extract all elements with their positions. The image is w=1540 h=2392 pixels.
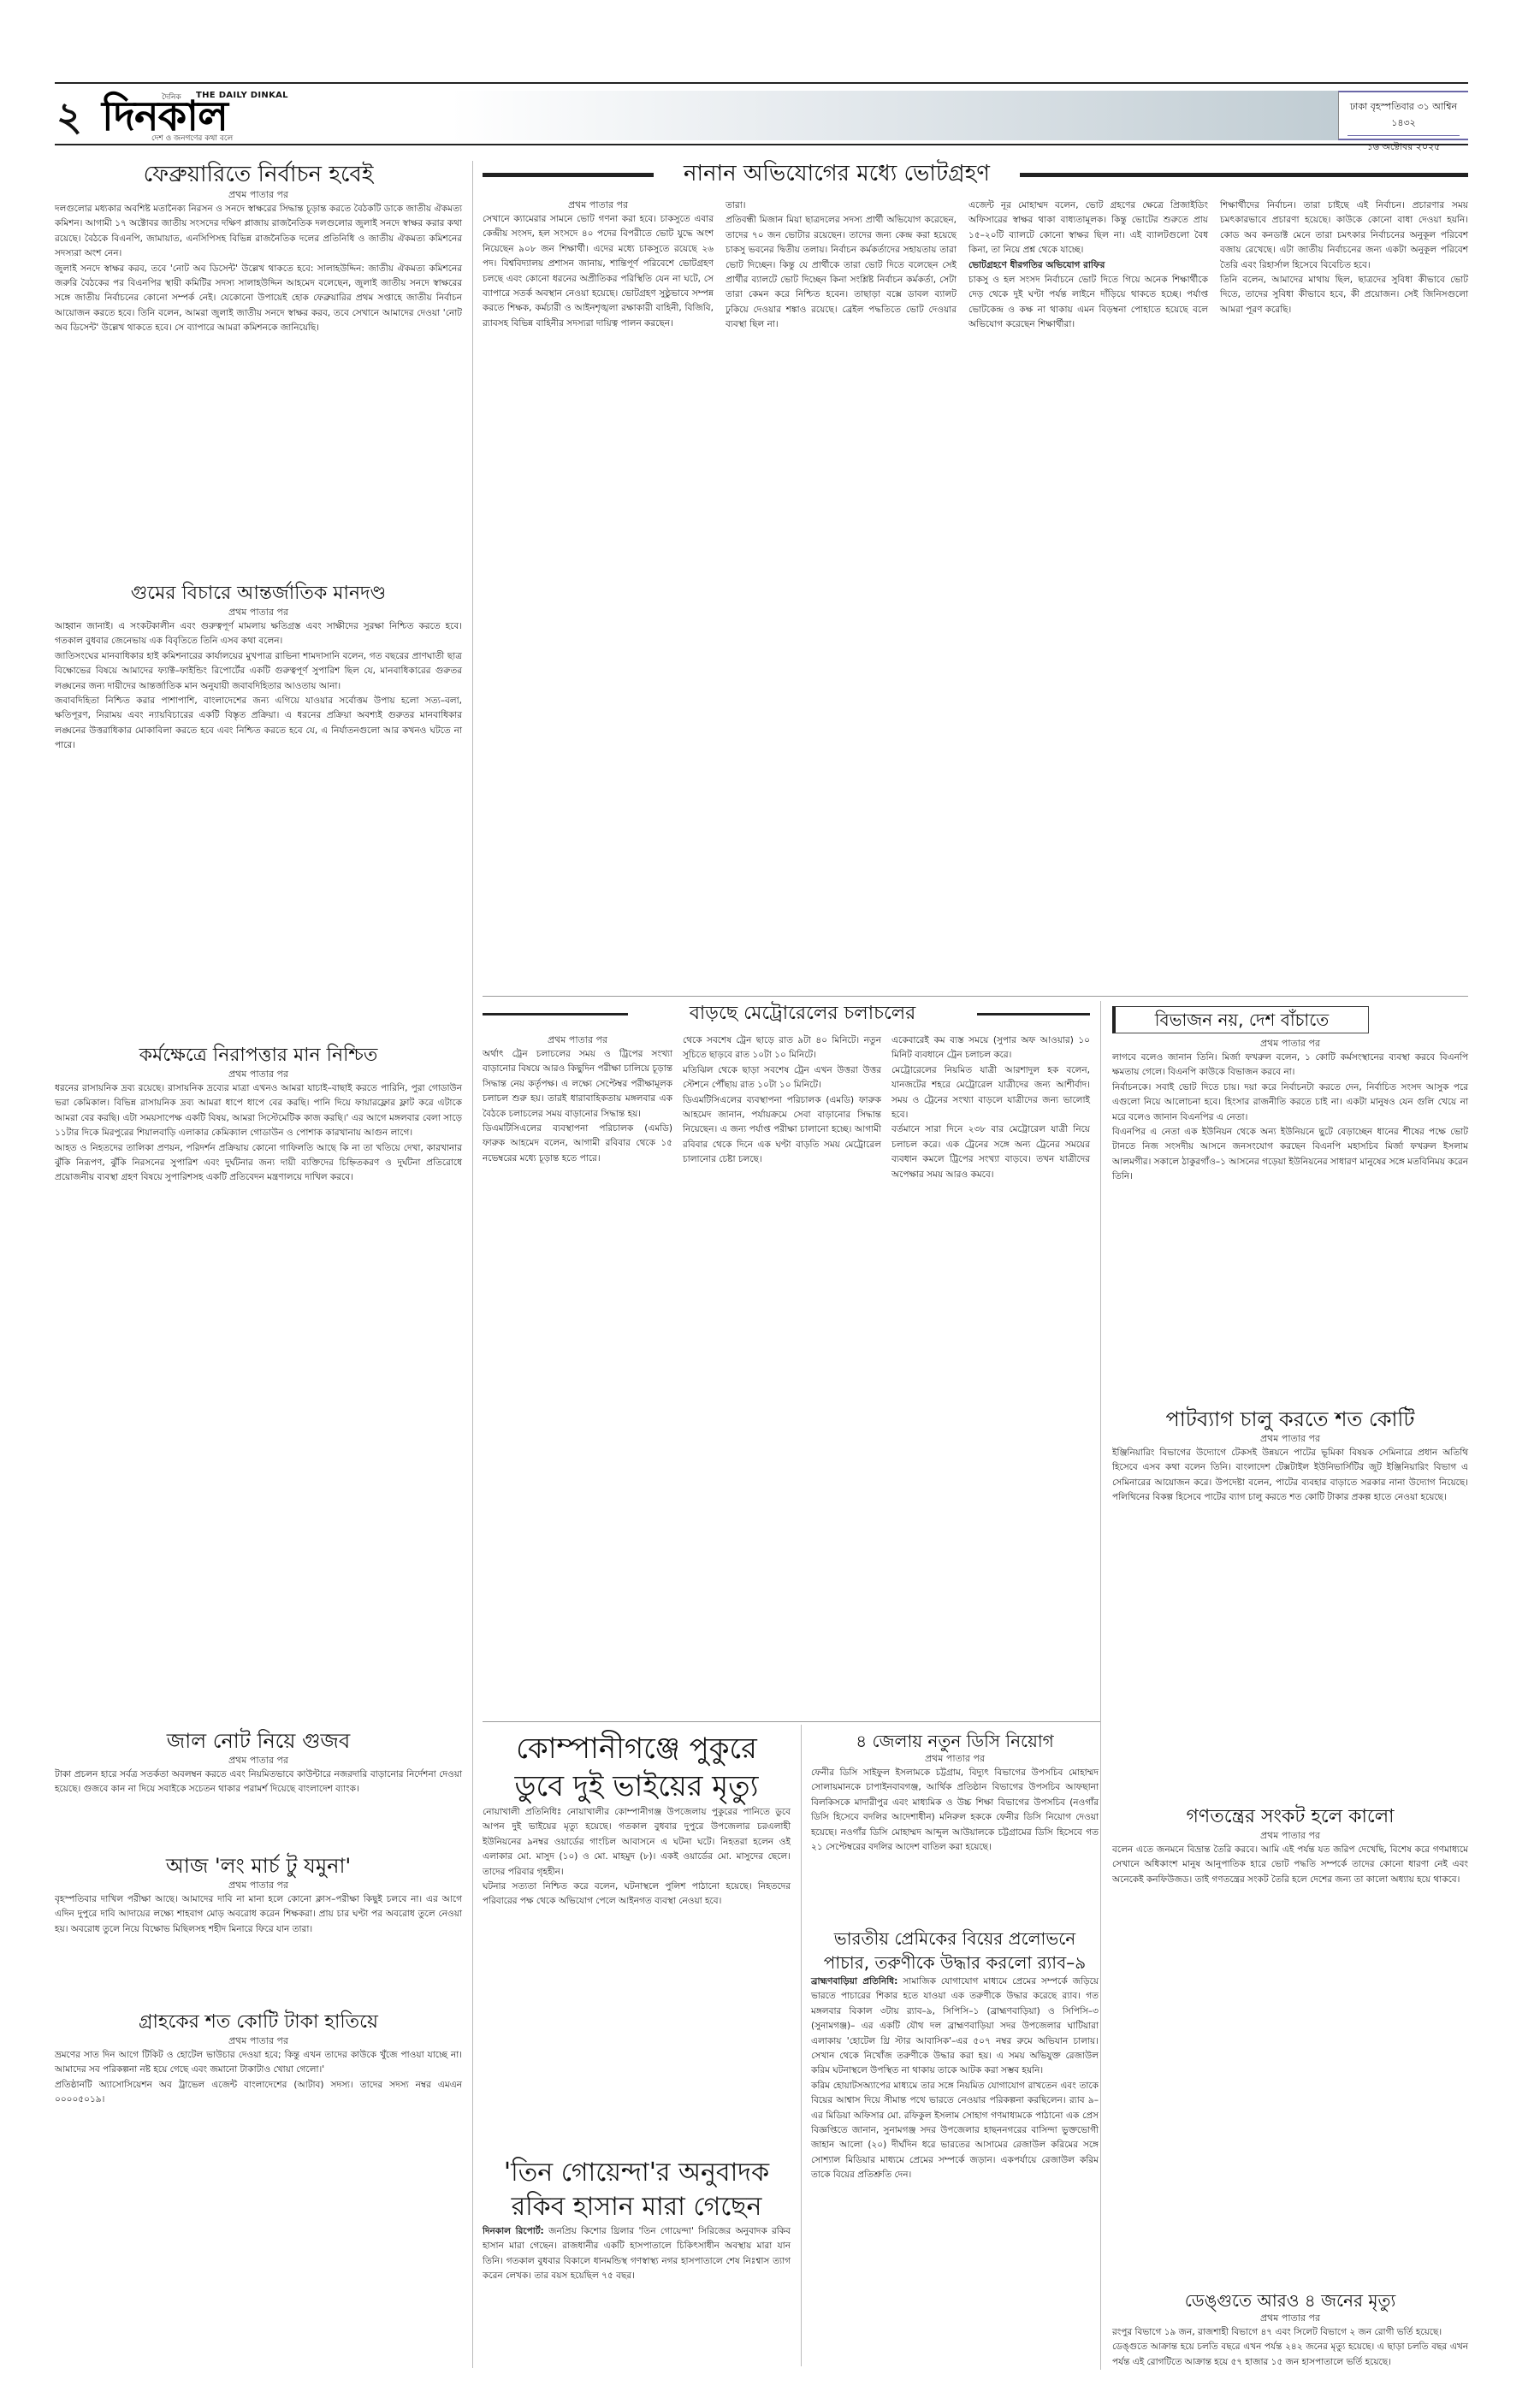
headline-metro-rail: বাড়ছে মেট্রোরেলের চলাচলের	[631, 1001, 974, 1027]
paragraph: ব্রাহ্মণবাড়িয়া প্রতিনিধি: সামাজিক যোগা…	[811, 1975, 1099, 2079]
headline-dc-appointment: ৪ জেলায় নতুন ডিসি নিয়োগ	[811, 1730, 1099, 1752]
paragraph: বৃহস্পতিবার দাখিল পরীক্ষা আছে। আমাদের দা…	[55, 1892, 462, 1937]
article-divide-not: প্রথম পাতার পর লাগবে বলেও জানান তিনি। মি…	[1112, 1037, 1468, 1185]
paragraph: শিক্ষার্থীদের নির্বাচন। তারা চাইছে এই নি…	[1220, 198, 1468, 273]
headline-fake-notes: জাল নোট নিয়ে গুজব	[55, 1728, 462, 1754]
paragraph: প্রতিবন্ধী মিজান মিয়া ছাত্রদলের সদস্য প…	[726, 213, 957, 332]
kicker: প্রথম পাতার পর	[1112, 1432, 1468, 1446]
article-long-march: আজ 'লং মার্চ টু যমুনা' প্রথম পাতার পর বৃ…	[55, 1853, 462, 1937]
headline-box: বিভাজন নয়, দেশ বাঁচাতে	[1112, 1006, 1369, 1033]
kicker: প্রথম পাতার পর	[55, 188, 462, 202]
paragraph: বিএনপির এ নেতা এক ইউনিয়ন থেকে অন্য ইউনি…	[1112, 1125, 1468, 1185]
paragraph: ঘটনার সত্যতা নিশ্চিত করে বলেন, ঘটনাস্থলে…	[483, 1880, 791, 1909]
paragraph: বর্তমানে সারা দিনে ২৩৮ বার মেট্রোরেল যাত…	[891, 1122, 1090, 1182]
paragraph: ডিএমটিসিএলের ব্যবস্থাপনা পরিচালক (এমডি) …	[483, 1122, 672, 1166]
paragraph: দিনকাল রিপোর্ট: জনপ্রিয় কিশোর থ্রিলার '…	[483, 2224, 791, 2284]
kicker: প্রথম পাতার পর	[55, 606, 462, 619]
kicker: প্রথম পাতার পর	[55, 2034, 462, 2048]
paragraph: মেট্রোরেলের নিয়মিত যাত্রী আরশাদুল হক বল…	[891, 1063, 1090, 1123]
paragraph: টাকা প্রচলন হারে সর্বত্র সতর্কতা অবলম্বন…	[55, 1767, 462, 1797]
headline-translator-line2: রকিব হাসান মারা গেছেন	[483, 2190, 791, 2224]
page-number: ২	[56, 94, 82, 139]
article-voting-col4: শিক্ষার্থীদের নির্বাচন। তারা চাইছে এই নি…	[1220, 198, 1468, 317]
headline-divide-not: বিভাজন নয়, দেশ বাঁচাতে	[1116, 1007, 1368, 1033]
article-metro-col3: একেবারেই কম ব্যস্ত সময়ে (সুপার অফ আওয়া…	[891, 1033, 1090, 1182]
article-voting-col2: তারা। প্রতিবন্ধী মিজান মিয়া ছাত্রদলের স…	[726, 198, 957, 333]
subheading: ভোটগ্রহণে ধীরগতির অভিযোগ রাফির	[968, 258, 1208, 273]
date-box: ঢাকা বৃহস্পতিবার ৩১ আশ্বিন ১৪৩২ ১৬ অক্টো…	[1338, 91, 1468, 140]
paragraph: চাকসু ও হল সংসদ নির্বাচনে ভোট দিতে গিয়ে…	[968, 273, 1208, 333]
date-bangla: ঢাকা বৃহস্পতিবার ৩১ আশ্বিন ১৪৩২	[1347, 92, 1460, 136]
paragraph: আহ্বান জানাই। এ সংকটকালীন এবং গুরুত্বপূর…	[55, 619, 462, 649]
paragraph: ডেঙ্গুতে আক্রান্ত হয়ে চলতি বছরে এখন পর্…	[1112, 2340, 1468, 2370]
article-intl-standard: গুমের বিচারে আন্তর্জাতিক মানদণ্ড প্রথম প…	[55, 582, 462, 754]
article-democracy-crisis: গণতন্ত্রের সংকট হলে কালো প্রথম পাতার পর …	[1112, 1805, 1468, 1887]
article-translator-death: 'তিন গোয়েন্দা'র অনুবাদক রকিব হাসান মারা…	[483, 2156, 791, 2284]
paragraph: তিনি বলেন, আমাদের মাথায় ছিল, ছাত্রদের স…	[1220, 273, 1468, 317]
paragraph: তারা।	[726, 198, 957, 213]
article-voting-col1: প্রথম পাতার পর সেখানে ক্যামেরার সামনে ভো…	[483, 198, 714, 331]
paragraph: প্রতিষ্ঠানটি অ্যাসোসিয়েশন অব ট্রাভেল এজ…	[55, 2078, 462, 2108]
article-metro-col2: থেকে সবশেষ ট্রেন ছাড়ে রাত ৯টা ৪০ মিনিটে…	[683, 1033, 881, 1168]
logo-name: দিনকাল	[102, 96, 228, 137]
kicker: প্রথম পাতার পর	[1112, 1829, 1468, 1843]
masthead: ২ দৈনিক THE DAILY DINKAL দিনকাল দেশ ও জন…	[55, 82, 1468, 145]
headline-rab-line2: পাচার, তরুণীকে উদ্ধার করলো র‍্যাব–৯	[811, 1951, 1099, 1975]
paragraph: ধরনের রাসায়নিক দ্রব্য রয়েছে। রাসায়নিক…	[55, 1081, 462, 1141]
headline-long-march: আজ 'লং মার্চ টু যমুনা'	[55, 1853, 462, 1879]
paragraph: থেকে সবশেষ ট্রেন ছাড়ে রাত ৯টা ৪০ মিনিটে…	[683, 1033, 881, 1063]
headline-february-election: ফেব্রুয়ারিতে নির্বাচন হবেই	[55, 161, 462, 188]
paragraph: নোয়াখালী প্রতিনিধিঃ নোয়াখালীর কোম্পানী…	[483, 1805, 791, 1880]
headline-customer-money: গ্রাহকের শত কোটি টাকা হাতিয়ে	[55, 2010, 462, 2034]
headline-jute-bag: পাটব্যাগ চালু করতে শত কোটি	[1112, 1406, 1468, 1432]
newspaper-logo[interactable]: দৈনিক THE DAILY DINKAL দিনকাল দেশ ও জনগণ…	[102, 89, 367, 142]
logo-tagline: দেশ ও জনগণের কথা বলে	[151, 132, 233, 145]
headline-pond-death-line2: ডুবে দুই ভাইয়ের মৃত্যু	[483, 1767, 791, 1805]
kicker: প্রথম পাতার পর	[55, 1068, 462, 1081]
paragraph: সেখানে ক্যামেরার সামনে ভোট গণনা করা হবে।…	[483, 212, 714, 331]
paragraph: নির্বাচনকে। সবাই ভোট দিতে চায়। দয়া করে…	[1112, 1081, 1468, 1125]
headline-voting: নানান অভিযোগের মধ্যে ভোটগ্রহণ	[657, 159, 1016, 188]
article-february-election: ফেব্রুয়ারিতে নির্বাচন হবেই প্রথম পাতার …	[55, 161, 462, 336]
article-metro-col1: প্রথম পাতার পর অর্থাৎ ট্রেন চলাচলের সময়…	[483, 1033, 672, 1166]
headline-rule	[1020, 173, 1468, 177]
byline: ব্রাহ্মণবাড়িয়া প্রতিনিধি:	[811, 1976, 897, 1986]
article-workplace-safety: কর্মক্ষেত্রে নিরাপত্তার মান নিশ্চিত প্রথ…	[55, 1044, 462, 1186]
date-english: ১৬ অক্টোবর ২০২৫	[1339, 136, 1468, 156]
article-customer-money: গ্রাহকের শত কোটি টাকা হাতিয়ে প্রথম পাতা…	[55, 2010, 462, 2108]
paragraph: জুলাই সনদে স্বাক্ষর করব, তবে 'নোট অব ডিস…	[55, 262, 462, 336]
paragraph: করিম হোয়াটসঅ্যাপের মাধ্যমে তার সঙ্গে নি…	[811, 2079, 1099, 2183]
kicker: প্রথম পাতার পর	[1112, 1037, 1468, 1051]
headline-democracy-crisis: গণতন্ত্রের সংকট হলে কালো	[1112, 1805, 1468, 1829]
column-divider	[472, 161, 473, 2368]
article-dengue: ডেঙ্গুতে আরও ৪ জনের মৃত্যু প্রথম পাতার প…	[1112, 2289, 1468, 2370]
paragraph: জাতিসংঘের মানবাধিকার হাই কমিশনারের কার্য…	[55, 649, 462, 694]
headline-translator-line1: 'তিন গোয়েন্দা'র অনুবাদক	[483, 2156, 791, 2190]
paragraph: অর্থাৎ ট্রেন চলাচলের সময় ও ট্রিপের সংখ্…	[483, 1047, 672, 1122]
byline: দিনকাল রিপোর্ট:	[483, 2226, 544, 2236]
article-dc-appointment: ৪ জেলায় নতুন ডিসি নিয়োগ প্রথম পাতার পর…	[811, 1730, 1099, 1855]
headline-rab-line1: ভারতীয় প্রেমিকের বিয়ের প্রলোভনে	[811, 1927, 1099, 1951]
kicker: প্রথম পাতার পর	[811, 1752, 1099, 1766]
headline-rule	[483, 1013, 628, 1015]
headline-dengue: ডেঙ্গুতে আরও ৪ জনের মৃত্যু	[1112, 2289, 1468, 2312]
column-divider	[1100, 1001, 1101, 2370]
paragraph: ডিএমটিসিএলের ব্যবস্থাপনা পরিচালক (এমডি) …	[683, 1093, 881, 1168]
kicker: প্রথম পাতার পর	[55, 1879, 462, 1892]
article-fake-notes: জাল নোট নিয়ে গুজব প্রথম পাতার পর টাকা প…	[55, 1728, 462, 1797]
paragraph: এজেন্ট নূর মোহাম্মদ বলেন, ভোট গ্রহণের ক্…	[968, 198, 1208, 258]
paragraph: ইঞ্জিনিয়ারিং বিভাগের উদ্যোগে টেকসই উন্ন…	[1112, 1446, 1468, 1506]
article-voting-col3: এজেন্ট নূর মোহাম্মদ বলেন, ভোট গ্রহণের ক্…	[968, 198, 1208, 333]
article-rab-rescue: ভারতীয় প্রেমিকের বিয়ের প্রলোভনে পাচার,…	[811, 1927, 1099, 2183]
paragraph: ফেনীর ডিসি সাইফুল ইসলামকে চট্টগ্রাম, বিদ…	[811, 1766, 1099, 1855]
paragraph: মতিঝিল থেকে ছাড়া সবশেষ ট্রেন এখন উত্তরা…	[683, 1063, 881, 1093]
paragraph: জবাবদিহিতা নিশ্চিত করার পাশাপাশি, বাংলাদ…	[55, 694, 462, 754]
kicker: প্রথম পাতার পর	[483, 1033, 672, 1047]
kicker: প্রথম পাতার পর	[1112, 2312, 1468, 2325]
headline-rule	[977, 1013, 1090, 1015]
paragraph: আহত ও নিহতদের তালিকা প্রণয়ন, পরিদর্শন প…	[55, 1141, 462, 1186]
headline-pond-death-line1: কোম্পানীগঞ্জে পুকুরে	[483, 1730, 791, 1767]
headline-intl-standard: গুমের বিচারে আন্তর্জাতিক মানদণ্ড	[55, 582, 462, 606]
article-pond-death: কোম্পানীগঞ্জে পুকুরে ডুবে দুই ভাইয়ের মৃ…	[483, 1730, 791, 1909]
section-divider	[483, 1721, 1100, 1722]
paragraph: রংপুর বিভাগে ১৯ জন, রাজশাহী বিভাগে ৪৭ এব…	[1112, 2325, 1468, 2340]
paragraph: লাগবে বলেও জানান তিনি। মির্জা ফখরুল বলেন…	[1112, 1051, 1468, 1081]
headline-workplace-safety: কর্মক্ষেত্রে নিরাপত্তার মান নিশ্চিত	[55, 1044, 462, 1068]
section-divider	[483, 996, 1468, 997]
newspaper-page: ২ দৈনিক THE DAILY DINKAL দিনকাল দেশ ও জন…	[55, 82, 1468, 2375]
paragraph: বলেন এতে জনমনে বিভ্রান্ত তৈরি করবে। আমি …	[1112, 1843, 1468, 1887]
column-divider	[801, 1725, 802, 2366]
article-jute-bag: পাটব্যাগ চালু করতে শত কোটি প্রথম পাতার প…	[1112, 1406, 1468, 1506]
paragraph: ভ্রমণের সাত দিন আগে টিকিট ও হোটেল ভাউচার…	[55, 2048, 462, 2078]
kicker: প্রথম পাতার পর	[483, 198, 714, 212]
paragraph: দলগুলোর মধ্যকার অবশিষ্ট মতানৈক্য নিরসন ও…	[55, 202, 462, 262]
paragraph: একেবারেই কম ব্যস্ত সময়ে (সুপার অফ আওয়া…	[891, 1033, 1090, 1063]
kicker: প্রথম পাতার পর	[55, 1754, 462, 1767]
headline-rule	[483, 173, 654, 177]
